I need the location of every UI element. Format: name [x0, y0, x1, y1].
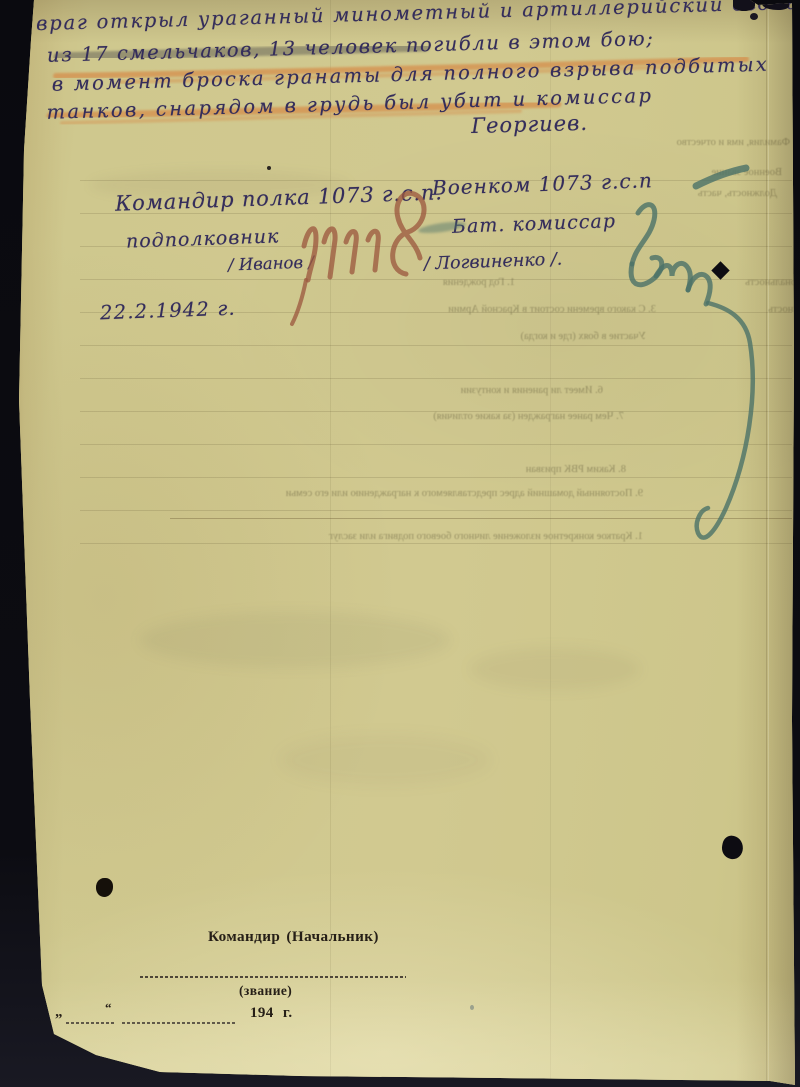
- signature-logvinenko: [608, 158, 798, 578]
- ink-speck: [470, 1005, 474, 1010]
- month-dotted-line: [122, 1022, 236, 1024]
- torn-corner-mark: [733, 0, 755, 11]
- paper-stain: [470, 648, 640, 690]
- ghost-line: 7. Чем ранее награжден (за какие отличия…: [368, 411, 624, 423]
- ink-blot: [96, 878, 113, 897]
- printed-year: 194 г.: [250, 1005, 293, 1022]
- scan-background: { "scan": { "background_color": "#0b0b10…: [0, 0, 800, 1087]
- signature-dotted-line: [140, 976, 406, 978]
- ghost-line: 6. Имеет ли ранения и контузии: [398, 385, 603, 397]
- signature-ivanov: [290, 182, 440, 337]
- ghost-line: 8. Каким РВК призван: [468, 464, 626, 476]
- handwritten-line-5: Георгиев.: [471, 111, 589, 138]
- handwritten-paragraph: враг открыл ураганный минометный и артил…: [0, 0, 800, 161]
- day-dotted-line: [66, 1022, 116, 1024]
- paper-sheet: Фамилия, имя и отчество Военное звание Д…: [0, 0, 800, 1087]
- handwritten-date: 22.2.1942 г.: [100, 297, 237, 325]
- open-quote: „: [55, 1004, 63, 1021]
- paper-stain: [140, 612, 450, 668]
- torn-corner-mark: [750, 13, 758, 20]
- paper-stain: [280, 735, 490, 785]
- ghost-line: 9. Постоянный домашний адрес представляе…: [225, 488, 643, 500]
- handwritten-line-1: враг открыл ураганный минометный и артил…: [36, 0, 799, 35]
- paper-hole: [720, 834, 745, 861]
- printed-commander-label: Командир (Начальник): [208, 928, 379, 946]
- ghost-line: 1. Краткое конкретное изложение личного …: [195, 531, 643, 543]
- printed-rank-label: (звание): [239, 983, 292, 999]
- close-quote: “: [105, 1000, 112, 1016]
